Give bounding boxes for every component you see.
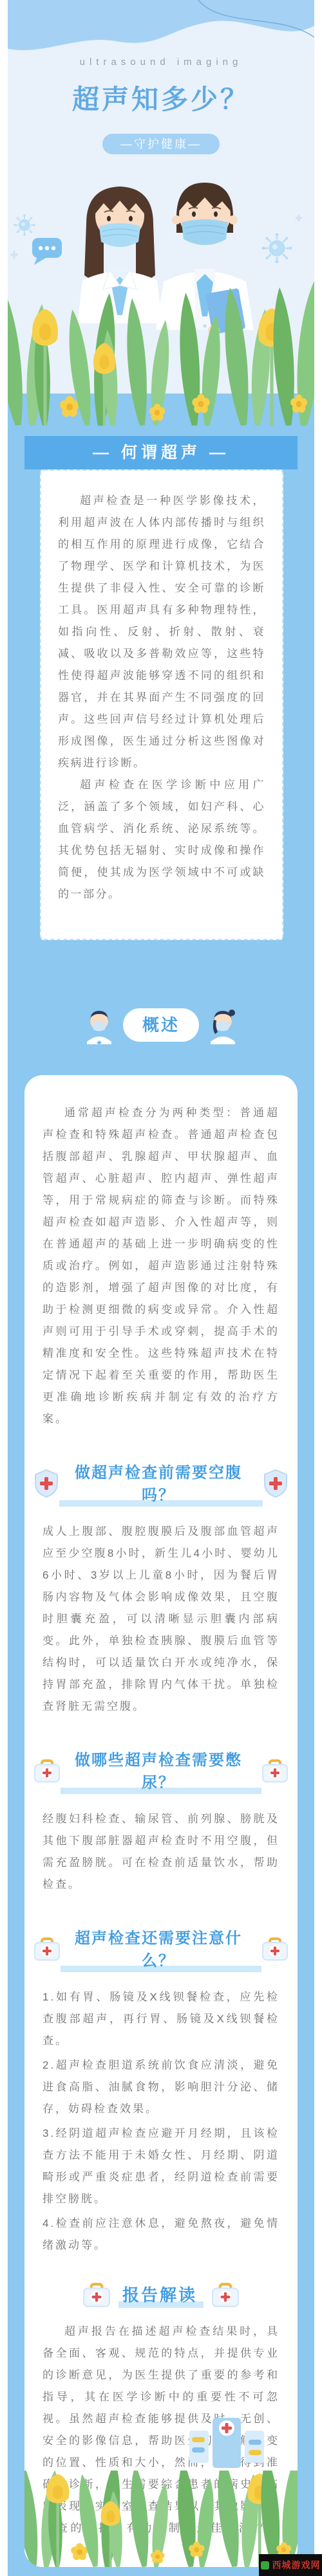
speech-bubble-icon <box>32 238 62 265</box>
section-paragraph: 经腹妇科检查、输尿管、前列腺、膀胱及其他下腹部脏器超声检查时不用空腹，但需充盈膀… <box>43 1808 279 1896</box>
tagline-badge: —守护健康— <box>102 134 220 154</box>
medkit-icon <box>33 1759 61 1783</box>
section-heading-fasting: 做超声检查前需要空腹吗？ <box>33 1460 289 1507</box>
medkit-icon <box>261 1759 289 1783</box>
female-doctor-avatar <box>209 1006 236 1044</box>
watermark: 西城游戏网 <box>259 2554 322 2576</box>
section-title: 超声检查还需要注意什么？ <box>61 1925 261 1972</box>
brand-english-text: ultrasound imaging <box>8 57 314 68</box>
medkit-icon <box>261 1937 289 1961</box>
female-doctor <box>77 186 162 323</box>
shield-cross-icon <box>263 1469 289 1498</box>
section-title: 做超声检查前需要空腹吗？ <box>59 1460 263 1507</box>
section-heading-precautions: 超声检查还需要注意什么？ <box>33 1925 289 1972</box>
section-title: 做哪些超声检查需要憋尿？ <box>61 1747 261 1794</box>
sparkle-icon <box>10 251 18 259</box>
medkit-icon <box>33 1937 61 1961</box>
medkit-icon <box>211 2282 240 2308</box>
content-column: ultrasound imaging 超声知多少？ —守护健康— <box>8 0 314 2576</box>
list-item: 1.如有胃、肠镜及X线钡餐检查，应先检查腹部超声，再行胃、肠镜及X线钡餐检查。 <box>43 1986 279 2052</box>
infographic-page: ultrasound imaging 超声知多少？ —守护健康— <box>0 0 322 2576</box>
page-title: 超声知多少？ <box>8 78 314 117</box>
header-section: ultrasound imaging 超声知多少？ —守护健康— <box>8 0 314 394</box>
virus-icon <box>261 233 292 263</box>
section-heading-bladder: 做哪些超声检查需要憋尿？ <box>33 1747 289 1794</box>
section-heading-report: 报告解读 <box>43 2282 279 2308</box>
list-item: 4.检查前应注意休息，避免熬夜，避免情绪激动等。 <box>43 2213 279 2256</box>
main-section: — 何谓超声 — 超声检查是一种医学影像技术，利用超声波在人体内部传播时与组织的… <box>8 385 314 2576</box>
header-wave-decoration <box>8 0 314 62</box>
section-banner-what-is-ultrasound: — 何谓超声 — <box>24 436 298 469</box>
virus-icon <box>14 214 35 236</box>
sparkle-icon <box>296 215 302 221</box>
doctors-illustration <box>8 179 314 426</box>
overview-header: 概述 <box>8 1006 314 1044</box>
section-paragraph: 成人上腹部、腹腔腹膜后及腹部血管超声应至少空腹8小时，新生儿4小时、婴幼儿6小时… <box>43 1521 279 1718</box>
male-doctor-avatar <box>86 1006 113 1044</box>
list-item: 3.经阴道超声检查应避开月经期，且该检查方法不能用于未婚女性、月经期、阴道畸形或… <box>43 2123 279 2210</box>
overview-pill: 概述 <box>123 1008 199 1042</box>
section-paragraph: 超声报告在描述超声检查结果时，具备全面、客观、规范的特点，并提供专业的诊断意见，… <box>43 2321 279 2561</box>
watermark-text: 西城游戏网 <box>272 2559 321 2571</box>
medkit-icon <box>82 2282 111 2308</box>
section-title: 报告解读 <box>118 2282 204 2308</box>
content-card: 通常超声检查分为两种类型：普通超声检查和特殊超声检查。普通超声检查包括腹部超声、… <box>24 1075 298 2567</box>
shield-cross-icon <box>33 1469 59 1498</box>
intro-paragraph: 超声检查是一种医学影像技术，利用超声波在人体内部传播时与组织的相互作用的原理进行… <box>58 490 265 774</box>
intro-paragraph: 超声检查在医学诊断中应用广泛，涵盖了多个领域，如妇产科、心血管病学、消化系统、泌… <box>58 774 265 905</box>
list-item: 2.超声检查胆道系统前饮食应清淡，避免进食高脂、油腻食物，影响胆汁分泌、储存，妨… <box>43 2054 279 2120</box>
overview-paragraph: 通常超声检查分为两种类型：普通超声检查和特殊超声检查。普通超声检查包括腹部超声、… <box>43 1102 279 1430</box>
watermark-leaf-icon <box>261 2561 269 2570</box>
intro-card: 超声检查是一种医学影像技术，利用超声波在人体内部传播时与组织的相互作用的原理进行… <box>40 469 283 940</box>
